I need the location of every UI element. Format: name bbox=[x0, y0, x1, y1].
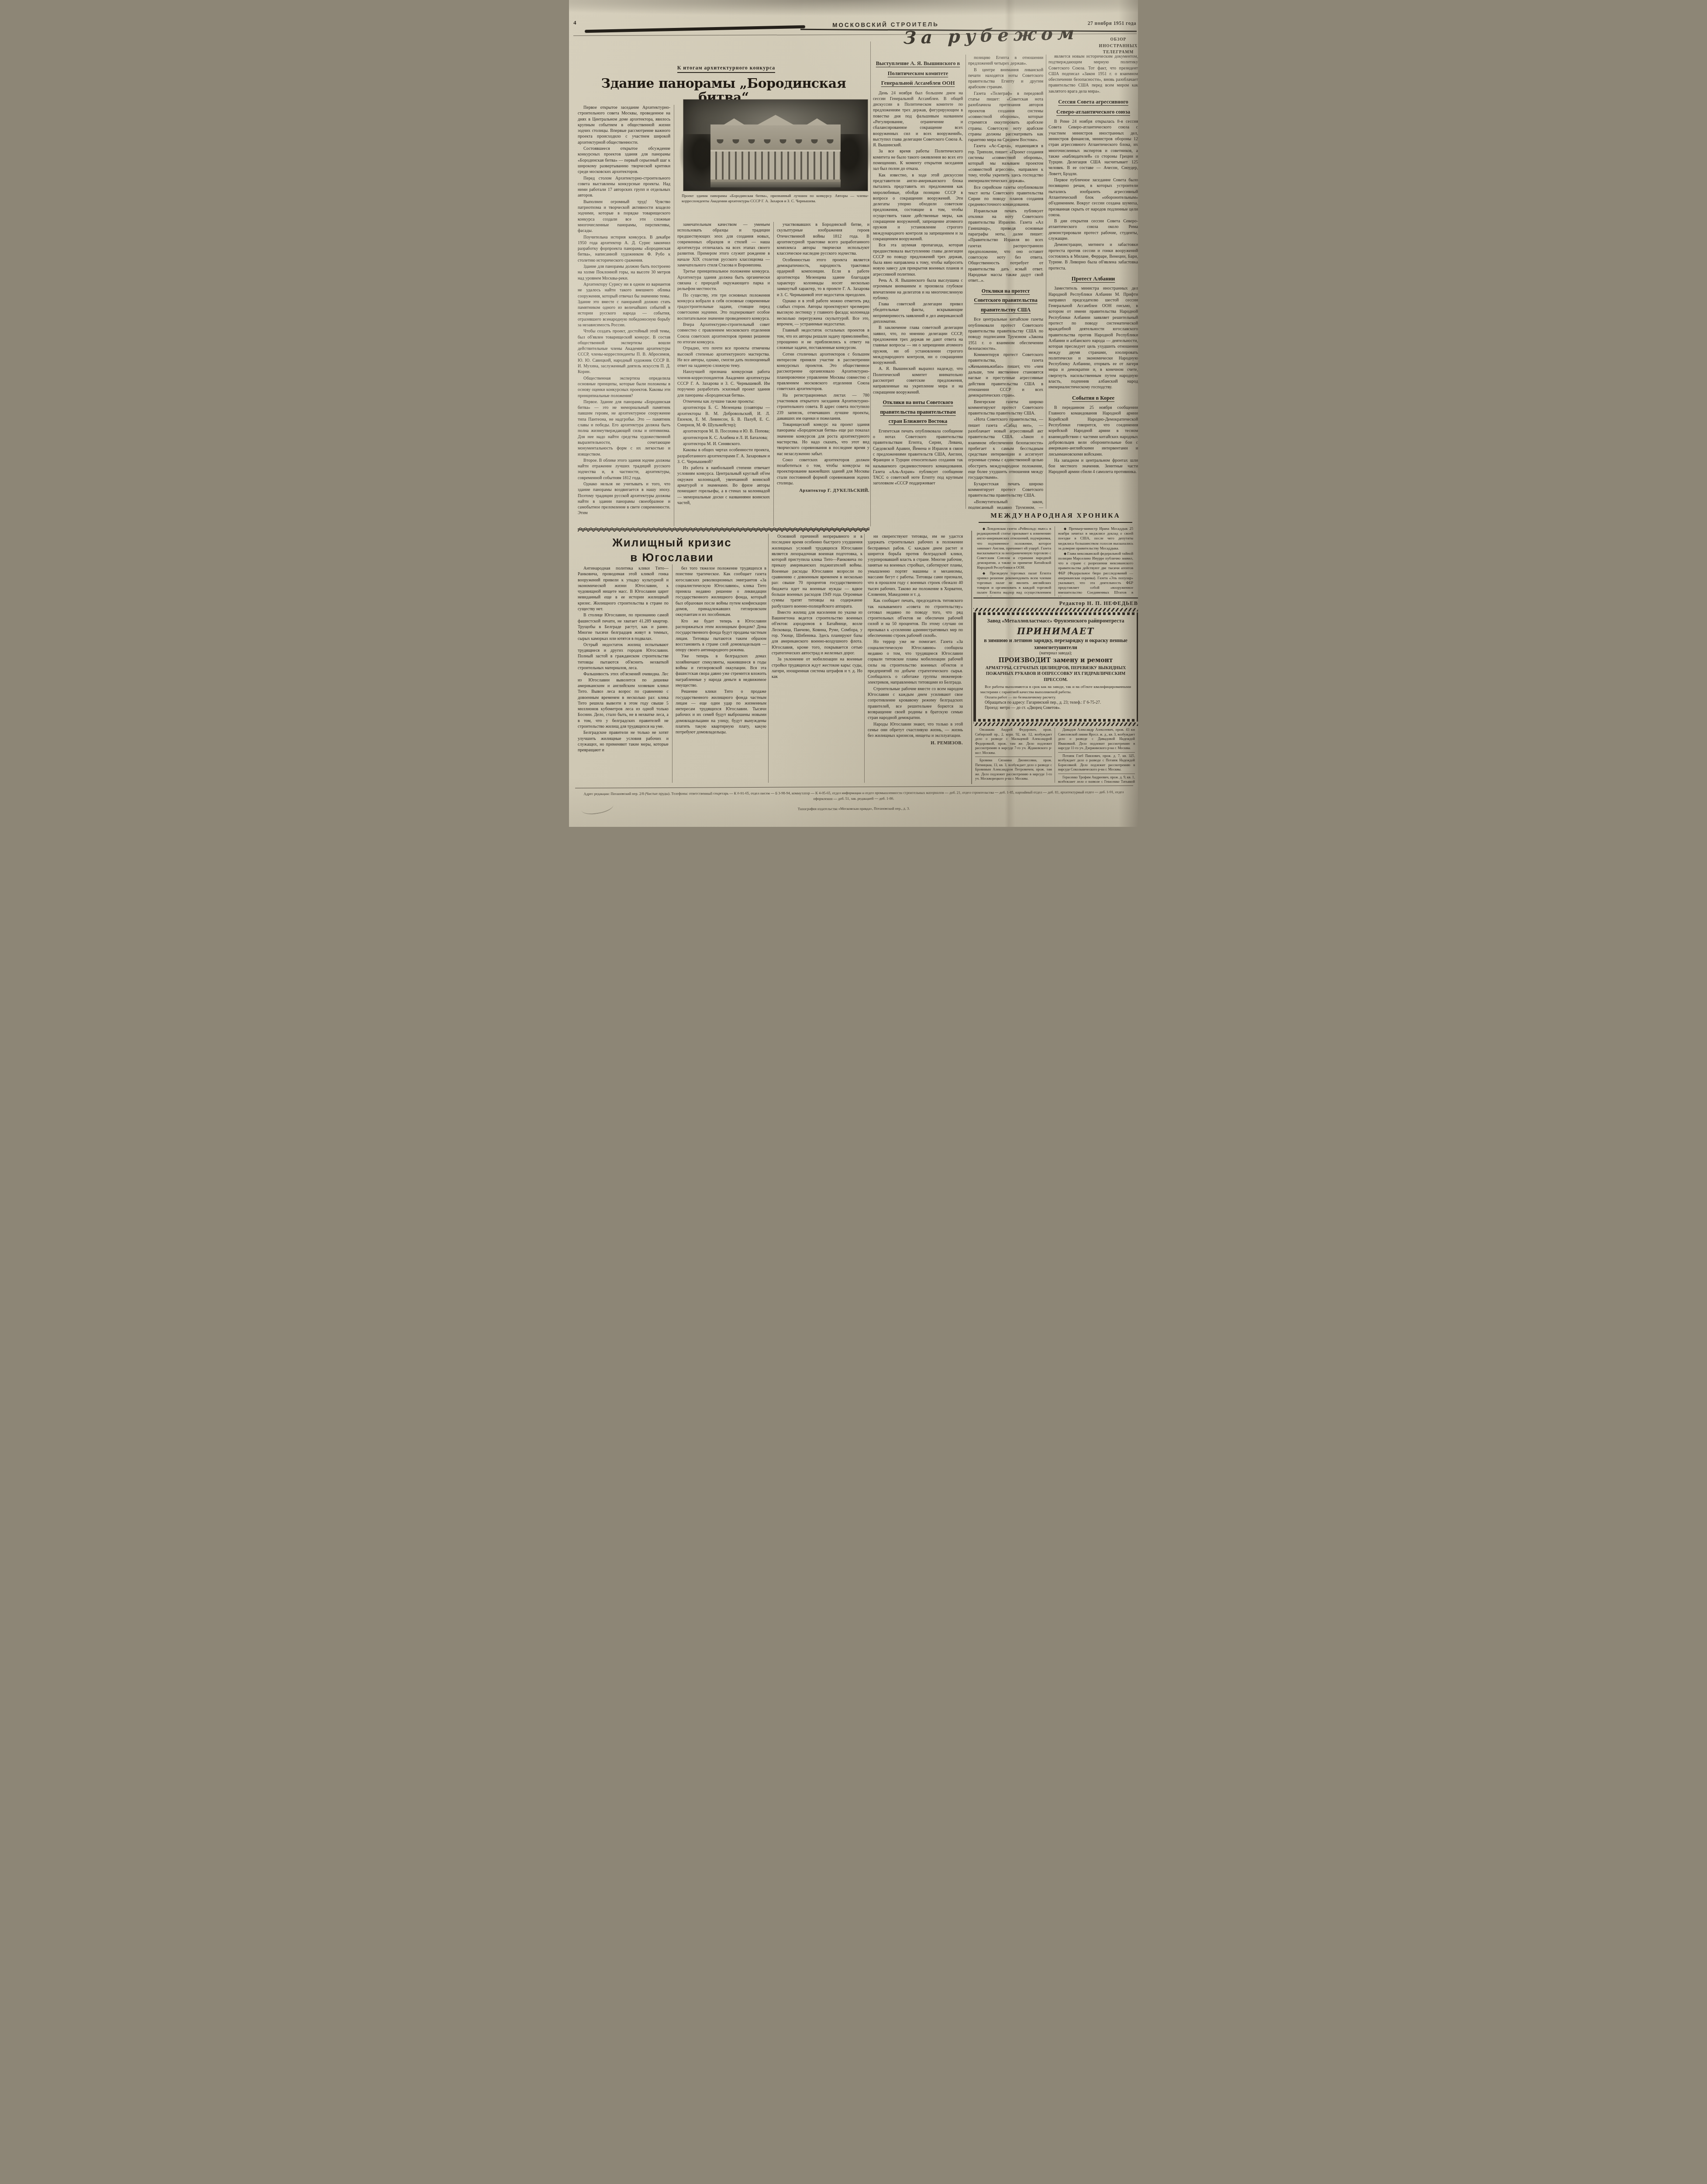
paragraph: Второе. В облике этого здания зодчие дол… bbox=[578, 458, 670, 481]
paragraph: Однако и в этой работе можно отметить ря… bbox=[777, 298, 869, 327]
paragraph: В заключение глава советской делегации з… bbox=[873, 325, 963, 366]
article-title: Сессия Совета агрессивного Северо-атлант… bbox=[1050, 97, 1136, 117]
paragraph: Газета «Ас-Сарха», издающаяся в гор. Три… bbox=[968, 143, 1043, 184]
paragraph: Как сообщает печать, председатель титовс… bbox=[868, 598, 963, 639]
factory-ad: Завод «Металлопластмасс» Фрунзенского ра… bbox=[973, 612, 1138, 722]
paragraph: Первое. Здание для панорамы «Бородинская… bbox=[578, 399, 670, 457]
foreign-col-2: позицию Египта в отношении предложений ч… bbox=[968, 55, 1043, 509]
paragraph: За все время работы Политического комите… bbox=[873, 149, 963, 172]
paragraph-list: В переданном 25 ноября сообщении Главног… bbox=[1048, 405, 1138, 475]
classified-notice: Соколова Нина Николаевна, прож. Гончарна… bbox=[975, 783, 1052, 783]
paragraph-list: позицию Египта в отношении предложений ч… bbox=[968, 55, 1043, 284]
headline-line: Жилищный кризис bbox=[576, 536, 768, 550]
ad-produces-body: АРМАТУРЫ, СЕТЧАТЫХ ЦИЛИНДРОВ, ПЕРЕВЯЗКУ … bbox=[980, 665, 1131, 683]
yugoslavia-col-4: ни свирепствуют титовцы, им не удастся у… bbox=[868, 534, 963, 783]
chronicle-item: Глава мексиканской федеральной тайной по… bbox=[1058, 551, 1133, 596]
paragraph: Как известно, в ходе этой дискуссии пред… bbox=[873, 173, 963, 242]
issue-date: 27 ноября 1951 года bbox=[1088, 21, 1136, 26]
yugoslavia-col-2: без того тяжелое положение трудящихся в … bbox=[676, 566, 766, 783]
paragraph: Бухарестская печать широко комментирует … bbox=[968, 481, 1043, 499]
paragraph: Здание для панорамы должно быть построен… bbox=[578, 264, 670, 281]
paragraph: Но террор уже не помогает. Газета «За со… bbox=[868, 639, 963, 685]
article-title: Выступление А. Я. Вышинского в Политичес… bbox=[875, 59, 961, 88]
paragraph: Все центральные китайские газеты опублик… bbox=[968, 317, 1043, 352]
paragraph: А. Я. Вышинский выразил надежду, что Пол… bbox=[873, 366, 963, 395]
ornament-divider bbox=[973, 722, 1138, 726]
paragraph-list: День 24 ноября был большим днем на сесси… bbox=[873, 90, 963, 395]
paragraph-list: ни свирепствуют титовцы, им не удастся у… bbox=[868, 534, 963, 739]
paragraph: Острый недостаток жилищ испытывают трудя… bbox=[578, 642, 669, 671]
ad-content: Завод «Металлопластмасс» Фрунзенского ра… bbox=[976, 615, 1135, 719]
paragraph: В дни открытия сессии Совета Северо-атла… bbox=[1048, 218, 1138, 242]
paragraph: День 24 ноября был большим днем на сесси… bbox=[873, 90, 963, 149]
classified-notice: Потаюк Глеб Павлович, прож. д. 7, кв. 32… bbox=[1058, 752, 1135, 772]
paragraph: Комментируя протест Советского правитель… bbox=[968, 352, 1043, 398]
wavy-divider bbox=[578, 528, 869, 532]
paragraph: «Нота Советского правительства, — пишет … bbox=[968, 417, 1043, 480]
paragraph: Вчера Архитектурно-строительный совет со… bbox=[677, 322, 770, 345]
paragraph: Заместитель министра иностранных дел Нар… bbox=[1048, 286, 1138, 390]
paragraph: Наилучшей признана конкурсная работа чле… bbox=[677, 369, 770, 398]
editor-name: Редактор Н. П. НЕФЕДЬЕВ bbox=[973, 600, 1138, 607]
section-rule bbox=[971, 531, 972, 784]
author-signature: Архитектор Г. ДУКЕЛЬСКИЙ. bbox=[777, 488, 869, 494]
paragraph: без того тяжелое положение трудящихся в … bbox=[676, 566, 766, 618]
building-base bbox=[710, 182, 841, 187]
headline-line: в Югославии bbox=[576, 550, 768, 565]
arch-windows bbox=[714, 139, 837, 148]
paragraph: Состоявшееся открытое обсуждение конкурс… bbox=[578, 146, 670, 175]
ornament-divider bbox=[973, 608, 1138, 612]
paragraph: Главный недостаток остальных проектов в … bbox=[777, 328, 869, 351]
column-rule bbox=[672, 564, 672, 783]
pediment bbox=[756, 115, 795, 125]
column-rule bbox=[768, 534, 769, 783]
paragraph: Поучительна история конкурса. В декабре … bbox=[578, 235, 670, 263]
kicker: К итогам архитектурного конкурса bbox=[661, 65, 792, 71]
column-rule bbox=[1055, 728, 1055, 783]
paragraph: Архитектору Сурису ни в одном из вариант… bbox=[578, 282, 670, 328]
paragraph: Чтобы создать проект, достойный этой тем… bbox=[578, 328, 670, 375]
paragraph: Венгерские газеты широко комментируют пр… bbox=[968, 399, 1043, 417]
article-title: Протест Албании bbox=[1050, 274, 1136, 284]
classified-notice: Давыдов Александр Алексеевич, прож. 43 к… bbox=[1058, 728, 1135, 751]
author-signature: И. РЕМИЗОВ. bbox=[868, 740, 963, 746]
article-title: Отклики на протест Советского правительс… bbox=[970, 287, 1041, 315]
page-number: 4 bbox=[573, 19, 576, 26]
chronicle-item: Лондонская газета «Рейнольдс ньюс» в ред… bbox=[977, 526, 1051, 570]
masthead-rule-left bbox=[585, 25, 805, 33]
paragraph: Особенностью этого проекта является демо… bbox=[777, 257, 869, 298]
paragraph: На регистрационных листах — 780 участник… bbox=[777, 393, 869, 422]
paragraph: Израильская печать публикует отклики на … bbox=[968, 208, 1043, 284]
paragraph-list: Заместитель министра иностранных дел Нар… bbox=[1048, 286, 1138, 390]
editor-rule bbox=[973, 598, 1138, 598]
yugoslavia-headline: Жилищный кризис в Югославии bbox=[576, 536, 768, 565]
paragraph: Отрадно, что почти все проекты отмечены … bbox=[677, 346, 770, 369]
panorama-photo bbox=[683, 100, 868, 191]
classified-notice: Бровина Сюзанна Дионисовна, прож. Пятниц… bbox=[975, 757, 1052, 781]
panorama-col-2: замечательным качеством — уменьем исполь… bbox=[677, 222, 770, 526]
paragraph: Вся эта шумная пропаганда, которая предш… bbox=[873, 242, 963, 277]
chronicle-item: Премьер-министр Ирана Мосаддык 25 ноября… bbox=[1058, 526, 1133, 551]
ad-produces-title: ПРОИЗВОДИТ замену и ремонт bbox=[980, 657, 1131, 664]
building-drawing bbox=[710, 124, 841, 187]
imprint-rule bbox=[575, 785, 1133, 788]
newspaper-page: 4 МОСКОВСКИЙ СТРОИТЕЛЬ 27 ноября 1951 го… bbox=[569, 0, 1138, 827]
panorama-col-3: участвовавших в Бородинской битве, и ску… bbox=[777, 222, 869, 526]
classifieds-col-1: Овсянкин Андрей Федорович, прож. Сибирск… bbox=[975, 728, 1052, 783]
column-rule bbox=[674, 105, 674, 526]
paragraph: Народы Югославии знают, что только в это… bbox=[868, 722, 963, 739]
paragraph-list: Египетская печать опубликовала сообщение… bbox=[873, 429, 963, 487]
paragraph: За уклонение от мобилизации на военные с… bbox=[772, 657, 862, 680]
ad-accepts-note: (материал завода); bbox=[980, 651, 1131, 656]
paragraph-list: является новым историческим документом, … bbox=[1048, 54, 1138, 94]
paragraph: По существу, эти три основных положения … bbox=[677, 293, 770, 321]
chronicle-col-2: Премьер-министр Ирана Мосаддык 25 ноября… bbox=[1058, 526, 1133, 596]
telegram-review-label: ОБЗОР ИНОСТРАННЫХ ТЕЛЕГРАММ bbox=[1098, 37, 1138, 56]
paragraph: Речь А. Я. Вышинского была выслушана с о… bbox=[873, 278, 963, 301]
yugoslavia-col-1: Антинародная политика клики Тито—Ранкови… bbox=[578, 566, 669, 783]
paragraph: Их работа в наибольшей степени отвечает … bbox=[677, 465, 770, 506]
paragraph: архитекторов М. В. Посохина и Ю. В. Попо… bbox=[677, 429, 770, 434]
paragraph: На западном и центральном фронтах шли бо… bbox=[1048, 458, 1138, 475]
column-rule bbox=[864, 534, 865, 783]
paragraph: Сотни столичных архитекторов с большим и… bbox=[777, 352, 869, 392]
paragraph: Все сирийские газеты опубликовали текст … bbox=[968, 185, 1043, 208]
paragraph: В Риме 24 ноября открылась 8-я сессия Со… bbox=[1048, 119, 1138, 177]
paragraph: Общественная экспертиза определила основ… bbox=[578, 376, 670, 399]
paragraph: Демонстрации, митинги и забастовки проте… bbox=[1048, 242, 1138, 271]
paragraph: Вместо жилищ для населения по указке из … bbox=[772, 610, 862, 656]
ad-note-1: Все работы выполняются в срок как на зав… bbox=[980, 684, 1131, 695]
paragraph: «Возмутительный закон, подписанный недав… bbox=[968, 499, 1043, 509]
panorama-col-1: Первое открытое заседание Архитектурно-с… bbox=[578, 105, 670, 526]
paragraph-list: В Риме 24 ноября открылась 8-я сессия Со… bbox=[1048, 119, 1138, 271]
photo-caption: Проект здания панорамы «Бородинская битв… bbox=[682, 194, 869, 204]
ad-header: Завод «Металлопластмасс» Фрунзенского ра… bbox=[980, 618, 1131, 624]
yugoslavia-col-3: Основной причиной непрерывного и в после… bbox=[772, 534, 862, 783]
paragraph: Третье принципиальное положение конкурса… bbox=[677, 269, 770, 292]
paragraph: ни свирепствуют титовцы, им не удастся у… bbox=[868, 534, 963, 598]
paragraph: Первое публичное заседание Совета было п… bbox=[1048, 177, 1138, 218]
paragraph: В центре внимания ливанской печати наход… bbox=[968, 67, 1043, 90]
column-rule bbox=[773, 222, 774, 526]
scan-shadow bbox=[569, 0, 1138, 20]
paragraph: Решение клики Тито о продаже государстве… bbox=[676, 689, 766, 735]
paragraph: участвовавших в Бородинской битве, и ску… bbox=[777, 222, 869, 257]
paragraph: архитектора Б. С. Мезенцева (соавторы — … bbox=[677, 405, 770, 428]
ad-accepts-title: ПРИНИМАЕТ bbox=[980, 626, 1131, 636]
paragraph: Кто же будет теперь в Югославии распоряж… bbox=[676, 619, 766, 653]
imprint-line-1: Адрес редакции: Потаповский пер. 2/8 (Чи… bbox=[576, 790, 1131, 803]
paragraph-list: Все центральные китайские газеты опублик… bbox=[968, 317, 1043, 509]
foreign-col-1: Выступление А. Я. Вышинского в Политичес… bbox=[873, 56, 963, 510]
paragraph: Товарищеский конкурс на проект здания па… bbox=[777, 422, 869, 457]
paragraph: Уже теперь в белградских домах хозяйнича… bbox=[676, 653, 766, 688]
paragraph: Белградские правители не только не хотят… bbox=[578, 730, 669, 753]
classified-notice: Герасенко Трофим Андреевич, прож. д. 9, … bbox=[1058, 774, 1135, 783]
article-title: События в Корее bbox=[1050, 393, 1136, 403]
colonnade bbox=[710, 150, 841, 182]
ad-address: Обращаться по адресу: Гагаринский пер., … bbox=[980, 701, 1131, 705]
paragraph: Газета «Телеграф» в передовой статье пиш… bbox=[968, 91, 1043, 143]
building-attic bbox=[710, 124, 841, 150]
paragraph: замечательным качеством — уменьем исполь… bbox=[677, 222, 770, 268]
paragraph: Антинародная политика клики Тито—Ранкови… bbox=[578, 566, 669, 612]
chronicle-col-1: Лондонская газета «Рейнольдс ньюс» в ред… bbox=[977, 526, 1051, 596]
paragraph: Выполнен огромный труд! Чувство патриоти… bbox=[578, 199, 670, 234]
paragraph: является новым историческим документом, … bbox=[1048, 54, 1138, 94]
column-rule bbox=[1046, 55, 1046, 509]
paragraph: Глава советской делегации привел убедите… bbox=[873, 301, 963, 325]
imprint-line-2: Типография издательства «Московская прав… bbox=[576, 805, 1131, 813]
chronicle-title: МЕЖДУНАРОДНАЯ ХРОНИКА bbox=[979, 512, 1132, 523]
paragraph: Отмечены как лучшие также проекты: bbox=[677, 399, 770, 404]
paragraph: Египетская печать опубликовала сообщение… bbox=[873, 429, 963, 487]
paragraph: Однако нельзя не учитывать и того, что з… bbox=[578, 481, 670, 516]
ad-note-2: Оплата работ — по безналичному расчету. bbox=[980, 695, 1131, 700]
pediment bbox=[806, 118, 828, 125]
section-rule bbox=[870, 41, 871, 526]
column-rule bbox=[966, 55, 966, 509]
paragraph: В столице Югославии, по признанию самой … bbox=[578, 612, 669, 641]
paragraph: архитекторов К. С. Алабяна и Л. И. Батал… bbox=[677, 435, 770, 441]
paragraph: Основной причиной непрерывного и в после… bbox=[772, 534, 862, 609]
paragraph: позицию Египта в отношении предложений ч… bbox=[968, 55, 1043, 67]
classifieds-col-2: Давыдов Александр Алексеевич, прож. 43 к… bbox=[1058, 728, 1135, 783]
paragraph: Строительные рабочие вместе со всем наро… bbox=[868, 686, 963, 721]
paragraph: Каковы в общих чертах особенности проект… bbox=[677, 447, 770, 465]
paragraph: архитектора М. И. Синявского. bbox=[677, 441, 770, 447]
paragraph: Первое открытое заседание Архитектурно-с… bbox=[578, 105, 670, 145]
paragraph: Союз советских архитекторов должен позаб… bbox=[777, 457, 869, 486]
paragraph: Перед столом Архитектурно-строительного … bbox=[578, 176, 670, 199]
paragraph-list: участвовавших в Бородинской битве, и ску… bbox=[777, 222, 869, 486]
ad-accepts-body: в зимнюю и летнюю зарядку, перезарядку и… bbox=[980, 637, 1131, 651]
paragraph: В переданном 25 ноября сообщении Главног… bbox=[1048, 405, 1138, 457]
paragraph: Фальшивость этих об'яснений очевидна. Ле… bbox=[578, 671, 669, 729]
classified-notice: Овсянкин Андрей Федорович, прож. Сибирск… bbox=[975, 728, 1052, 755]
article-title: Отклики на ноты Советского правительства… bbox=[875, 398, 961, 426]
foreign-col-3: является новым историческим документом, … bbox=[1048, 54, 1138, 509]
column-rule bbox=[1055, 526, 1055, 596]
chronicle-item: Президиум торговых палат Египта принял р… bbox=[977, 571, 1051, 596]
ad-transit: Проезд: метро — до ст. «Дворец Советов». bbox=[980, 706, 1131, 710]
pediment bbox=[723, 118, 745, 125]
